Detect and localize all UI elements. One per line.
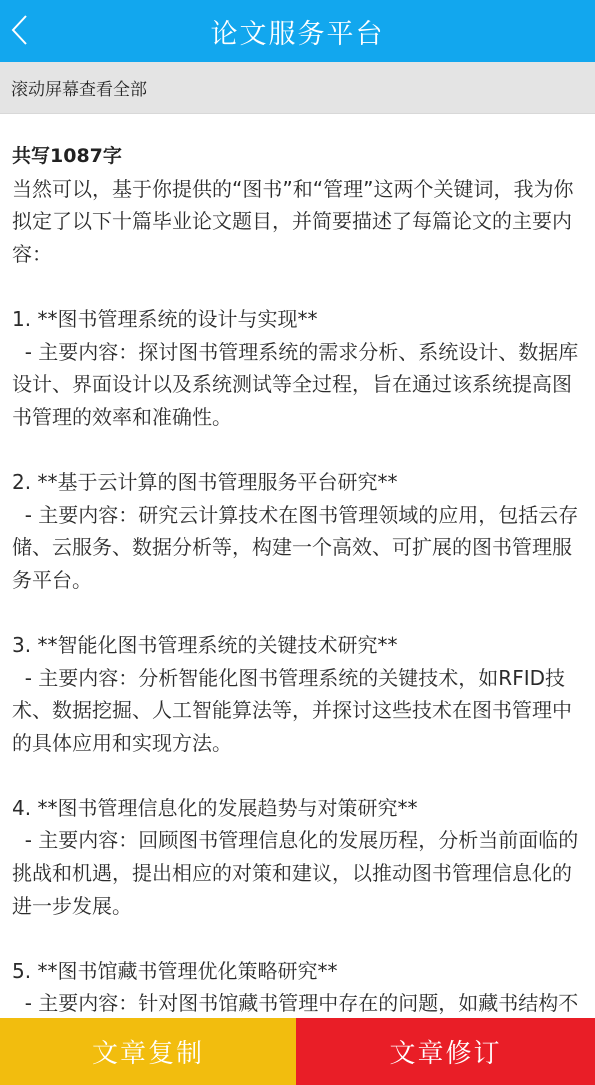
item-description: - 主要内容：研究云计算技术在图书管理领域的应用，包括云存储、云服务、数据分析等… <box>12 499 583 597</box>
item-description: - 主要内容：回顾图书管理信息化的发展历程，分析当前面临的挑战和机遇，提出相应的… <box>12 824 583 922</box>
intro-paragraph: 当然可以，基于你提供的“图书”和“管理”这两个关键词，我为你拟定了以下十篇毕业论… <box>12 173 583 271</box>
list-item: 5. **图书馆藏书管理优化策略研究** - 主要内容：针对图书馆藏书管理中存在… <box>12 955 583 1018</box>
item-description: - 主要内容：针对图书馆藏书管理中存在的问题，如藏书结构不合理、利用率低等，提出… <box>12 987 583 1018</box>
item-title: 3. **智能化图书管理系统的关键技术研究** <box>12 629 583 662</box>
revise-article-button[interactable]: 文章修订 <box>296 1018 595 1085</box>
back-button[interactable] <box>8 12 32 48</box>
item-title: 1. **图书管理系统的设计与实现** <box>12 303 583 336</box>
scroll-hint-text: 滚动屏幕查看全部 <box>11 75 147 100</box>
item-description: - 主要内容：探讨图书管理系统的需求分析、系统设计、数据库设计、界面设计以及系统… <box>12 336 583 434</box>
word-count: 共写1087字 <box>12 140 583 173</box>
spacer <box>12 596 583 629</box>
article-content[interactable]: 共写1087字 当然可以，基于你提供的“图书”和“管理”这两个关键词，我为你拟定… <box>0 140 595 1018</box>
item-title: 2. **基于云计算的图书管理服务平台研究** <box>12 466 583 499</box>
page-title: 论文服务平台 <box>211 12 385 51</box>
item-title: 5. **图书馆藏书管理优化策略研究** <box>12 955 583 988</box>
item-description: - 主要内容：分析智能化图书管理系统的关键技术，如RFID技术、数据挖掘、人工智… <box>12 662 583 760</box>
list-item: 3. **智能化图书管理系统的关键技术研究** - 主要内容：分析智能化图书管理… <box>12 629 583 759</box>
list-item: 2. **基于云计算的图书管理服务平台研究** - 主要内容：研究云计算技术在图… <box>12 466 583 596</box>
bottom-action-bar: 文章复制 文章修订 <box>0 1018 595 1085</box>
scroll-hint-bar: 滚动屏幕查看全部 <box>0 62 595 114</box>
list-item: 1. **图书管理系统的设计与实现** - 主要内容：探讨图书管理系统的需求分析… <box>12 303 583 433</box>
copy-article-button[interactable]: 文章复制 <box>0 1018 296 1085</box>
spacer <box>12 759 583 792</box>
chevron-left-icon <box>8 12 32 48</box>
app-header: 论文服务平台 <box>0 0 595 62</box>
item-title: 4. **图书管理信息化的发展趋势与对策研究** <box>12 792 583 825</box>
list-item: 4. **图书管理信息化的发展趋势与对策研究** - 主要内容：回顾图书管理信息… <box>12 792 583 922</box>
spacer <box>12 922 583 955</box>
spacer <box>12 433 583 466</box>
spacer <box>12 270 583 303</box>
